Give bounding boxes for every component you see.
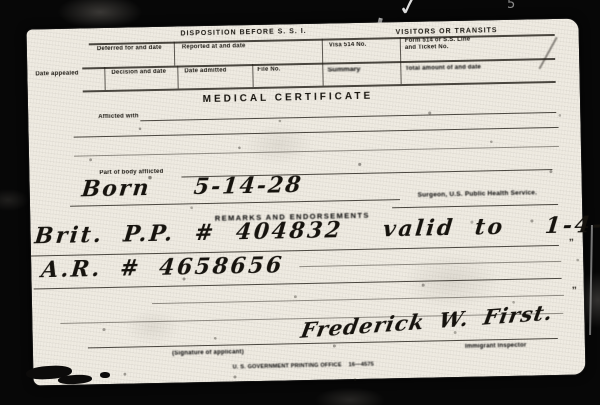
- field-label-decision: Decision and date: [111, 69, 166, 77]
- ink-blotch: [100, 372, 110, 378]
- scan-noise: [26, 30, 27, 31]
- immigrant-inspector-label: Immigrant Inspector: [465, 343, 527, 351]
- edge-white-streak: [589, 225, 593, 335]
- field-label-date-admitted: Date admitted: [184, 68, 226, 76]
- field-label-visa-no: Visa 514 No.: [329, 42, 367, 50]
- field-label-file-no: File No.: [257, 66, 280, 74]
- rule: [82, 58, 555, 69]
- signature-of-applicant-label: (Signature of applicant): [128, 348, 288, 358]
- diagonal-scratch: [538, 37, 557, 69]
- ditto-mark: ”: [569, 238, 574, 250]
- rule: [140, 112, 556, 121]
- rule: [74, 127, 559, 138]
- column-divider: [177, 66, 178, 89]
- inspector-signature: Frederick W. First.: [299, 300, 555, 343]
- medical-certificate-title: MEDICAL CERTIFICATE: [138, 89, 438, 106]
- column-divider: [252, 64, 253, 87]
- field-label-date-appealed: Date appealed: [35, 71, 78, 79]
- field-label-reported: Reported at and date: [182, 43, 246, 51]
- handwritten-ar-entry: A.R. # 4658656: [40, 252, 285, 283]
- column-divider: [174, 42, 175, 66]
- stray-digit: 5: [507, 0, 515, 12]
- field-label-summary: Summary: [328, 67, 361, 75]
- scanned-card-page: { "marks": { "checkmark": "✓", "stray_di…: [0, 0, 600, 405]
- rule: [299, 261, 561, 267]
- field-label-total-amount: Total amount of and date: [405, 64, 481, 73]
- field-label-form-514: Form 514 or S.S. Line and Ticket No.: [405, 37, 471, 53]
- handwritten-born-entry: Born 5-14-28: [80, 172, 304, 202]
- field-label-deferred: Deferred for and date: [97, 45, 162, 53]
- surgeon-title-label: Surgeon, U.S. Public Health Service.: [395, 189, 560, 200]
- printing-office-note: U. S. GOVERNMENT PRINTING OFFICE 16—4575: [153, 360, 453, 373]
- document-card: DISPOSITION BEFORE S. S. I. VISITORS OR …: [26, 18, 585, 385]
- handwritten-passport-entry: Brit. P.P. # 404832 valid to 1-4-43: [33, 211, 600, 249]
- rule: [74, 146, 559, 157]
- rule: [392, 204, 558, 208]
- column-divider: [104, 67, 105, 90]
- ditto-mark: ”: [572, 286, 577, 298]
- checkmark-icon: ✓: [396, 0, 423, 24]
- field-label-form-514-line2: and Ticket No.: [405, 44, 471, 53]
- afflicted-with-label: Afflicted with: [98, 113, 139, 121]
